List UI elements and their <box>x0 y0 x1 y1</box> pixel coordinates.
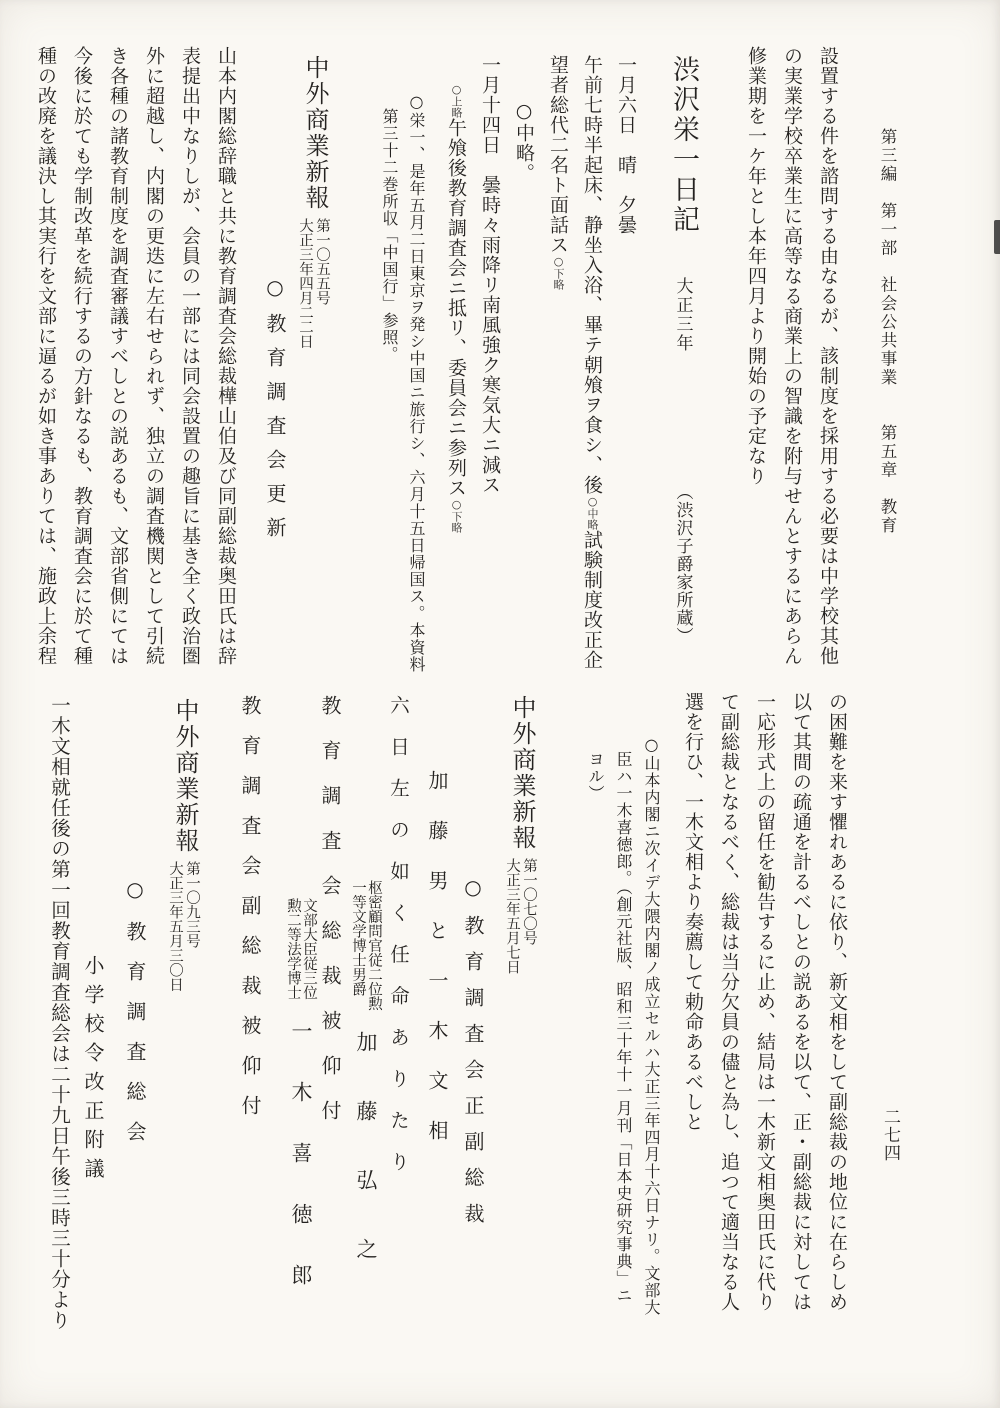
article-1-line-6: 種の改廃を議決し其実行を文部に逼るが如き事ありては、施政上余程 <box>28 46 64 666</box>
diary-note: ○栄一、是年五月二日東京ヲ発シ中国ニ旅行シ、六月十五日帰国ス。本資料 第三十二巻… <box>376 92 430 673</box>
article-1-note-line-3: ヨル） <box>581 735 609 1316</box>
appointment-1-name: 加藤弘之 <box>351 1031 381 1307</box>
article-1-line-11: 選を行ひ、一木文相より奏薦して勅命あるべしと <box>675 692 711 1312</box>
article-1-headline: ○教育調査会更新 <box>261 275 290 551</box>
article-1-body-top: 山本内閣総辞職と共に教育調査会総裁樺山伯及び同副総裁奥田氏は辞 表提出中なりしが… <box>28 46 244 666</box>
newspaper-3-issue-date: 第一〇九三号 大正三年五月三〇日 <box>166 861 200 992</box>
newspaper-1-issue: 第一〇五五号 <box>313 218 330 349</box>
chapter-heading: 第三編 第一部 社会公共事業 第五章 教育 <box>869 128 905 535</box>
diary-heading: 渋沢栄一日記 大正三年 （渋沢子爵家所蔵） <box>666 55 700 645</box>
appointment-2: 文部大臣従三位 勲二等法学博士 一木喜徳郎 <box>285 898 317 1325</box>
diary-date-1: 一月六日 晴 夕曇 <box>609 55 643 670</box>
article-1-line-4: き各種の諸教育制度を調査審議すべしとの説あるも、文部省側にては <box>100 46 136 666</box>
article-1-note: ○山本内閣ニ次イデ大隈内閣ノ成立セルハ大正三年四月十六日ナリ。文部大 臣ハ一木喜… <box>581 735 665 1316</box>
newspaper-3-issue: 第一〇九三号 <box>183 861 200 992</box>
appointment-2-post: 教育調査会副総裁被仰付 <box>236 695 265 1135</box>
newspaper-1-title: 中外商業新報 <box>300 55 330 211</box>
appointment-2-title-line-1: 文部大臣従三位 <box>301 898 317 1000</box>
article-1-note-line-1: ○山本内閣ニ次イデ大隈内閣ノ成立セルハ大正三年四月十六日ナリ。文部大 <box>637 735 665 1316</box>
appointment-2-title-line-2: 勲二等法学博士 <box>285 898 301 1000</box>
omission-mark: ○中略 <box>586 495 599 530</box>
appointment-2-name: 一木喜徳郎 <box>286 1020 316 1325</box>
article-1-line-8: 以て其間の疏通を計るべしとの説あるを以て、正・副総裁に対しては <box>783 692 819 1312</box>
newspaper-3-date: 大正三年五月三〇日 <box>166 861 183 992</box>
diary-entry-2-text: 午飧後教育調査会ニ抵リ、委員会ニ参列ス <box>445 118 467 498</box>
article-3-subheadline: 小学校令改正附議 <box>79 955 108 1187</box>
article-1-note-line-2: 臣ハ一木喜徳郎。（創元社版、昭和三十年十一月刊「日本史研究事典」ニ <box>609 735 637 1316</box>
article-2-subheadline: 加藤男と一木文相 <box>423 770 452 1170</box>
article-1-line-2: 表提出中なりしが、会員の一部には同会設置の趣旨に基き全く政治圏 <box>172 46 208 666</box>
appointment-1-title-line-2: 一等文学博士男爵 <box>350 880 366 1011</box>
article-2-headline: ○教育調査会正副総裁 <box>459 875 488 1239</box>
newspaper-3-heading: 中外商業新報 第一〇九三号 大正三年五月三〇日 <box>166 698 200 992</box>
intro-line-2: の実業学校卒業生に高等なる商業上の智識を附与せんとするにあらん <box>774 46 810 666</box>
article-1-line-5: 今後に於ても学制改革を続行するの方針なるも、教育調査会に於て種 <box>64 46 100 666</box>
newspaper-3-title: 中外商業新報 <box>170 698 200 854</box>
diary-note-line-2: 第三十二巻所収「中国行」参照。 <box>376 92 403 673</box>
scan-artifact <box>994 220 1000 254</box>
article-3-headline: ○教育調査総会 <box>121 877 150 1161</box>
article-1-line-9: 一応形式上の留任を勧告するに止め、結局は一木新文相奥田氏に代り <box>747 692 783 1312</box>
diary-entry-1-text-2: 試験制度改正企 <box>581 530 603 670</box>
diary-source: （渋沢子爵家所蔵） <box>671 483 696 645</box>
scanned-book-page: 第三編 第一部 社会公共事業 第五章 教育 二七四 設置する件を諮問する由なるが… <box>0 0 1000 1408</box>
appointment-1-title-line-1: 枢密顧問官従二位勲 <box>366 880 382 1011</box>
article-3-body-line: 一木文相就任後の第一回教育調査総会は二十九日午後三時三十分より <box>45 695 73 1331</box>
article-1-line-3: 外に超越し、内閣の更迭に左右せられず、独立の調査機関として引続 <box>136 46 172 666</box>
newspaper-1-issue-date: 第一〇五五号 大正三年四月二二日 <box>296 218 330 349</box>
newspaper-2-date: 大正三年五月七日 <box>503 858 520 974</box>
appointment-1-post: 教育調査会総裁被仰付 <box>316 695 345 1145</box>
newspaper-2-heading: 中外商業新報 第一〇七〇号 大正三年五月七日 <box>503 695 537 974</box>
diary-entry-1-cont-text: 望者総代二名ト面話ス <box>547 55 569 255</box>
diary-note-line-1: ○栄一、是年五月二日東京ヲ発シ中国ニ旅行シ、六月十五日帰国ス。本資料 <box>403 92 430 673</box>
newspaper-2-issue-date: 第一〇七〇号 大正三年五月七日 <box>503 858 537 974</box>
diary-date-2: 一月十四日 曇時々雨降リ南風強ク寒気大ニ減ス <box>473 55 507 670</box>
diary-body: 一月六日 晴 夕曇 午前七時半起床、静坐入浴、畢テ朝飧ヲ食シ、後○中略試験制度改… <box>439 55 643 670</box>
appointment-1: 枢密顧問官従二位勲 一等文学博士男爵 加藤弘之 <box>350 880 382 1307</box>
intro-line-3: 修業期を一ケ年とし本年四月より開始の予定なり <box>738 46 774 666</box>
article-1-line-7: の困難を来す懼れあるに依り、新文相をして副総裁の地位に在らしめ <box>819 692 855 1312</box>
article-1-line-10: て副総裁となるべく、総裁は当分欠員の儘と為し、追つて適当なる人 <box>711 692 747 1312</box>
diary-title: 渋沢栄一日記 <box>666 55 700 235</box>
article-1-body-bottom: の困難を来す懼れあるに依り、新文相をして副総裁の地位に在らしめ 以て其間の疏通を… <box>675 692 855 1312</box>
diary-entry-2: ○上略午飧後教育調査会ニ抵リ、委員会ニ参列ス○下略 <box>439 55 473 670</box>
page-number: 二七四 <box>878 1108 903 1162</box>
newspaper-1-heading: 中外商業新報 第一〇五五号 大正三年四月二二日 <box>296 55 330 349</box>
article-2-lead: 六日左の如く任命ありたり <box>384 695 412 1193</box>
diary-entry-1-text: 午前七時半起床、静坐入浴、畢テ朝飧ヲ食シ、後 <box>581 55 603 495</box>
newspaper-1-date: 大正三年四月二二日 <box>296 218 313 349</box>
appointment-2-title: 文部大臣従三位 勲二等法学博士 <box>285 898 317 1000</box>
running-head: 第三編 第一部 社会公共事業 第五章 教育 <box>869 128 905 535</box>
intro-paragraph: 設置する件を諮問する由なるが、該制度を採用する必要は中学校其他 の実業学校卒業生… <box>738 46 846 666</box>
omission-mark: ○上略 <box>450 83 463 118</box>
intro-line-1: 設置する件を諮問する由なるが、該制度を採用する必要は中学校其他 <box>810 46 846 666</box>
omission-mark: ○下略 <box>552 255 565 290</box>
article-1-line-1: 山本内閣総辞職と共に教育調査会総裁樺山伯及び同副総裁奥田氏は辞 <box>208 46 244 666</box>
appointment-1-title: 枢密顧問官従二位勲 一等文学博士男爵 <box>350 880 382 1011</box>
diary-era: 大正三年 <box>671 277 696 353</box>
diary-entry-1-cont: 望者総代二名ト面話ス○下略 <box>541 55 575 670</box>
newspaper-2-issue: 第一〇七〇号 <box>520 858 537 974</box>
diary-entry-1: 午前七時半起床、静坐入浴、畢テ朝飧ヲ食シ、後○中略試験制度改正企 <box>575 55 609 670</box>
omission-mark: ○下略 <box>450 498 463 533</box>
newspaper-2-title: 中外商業新報 <box>507 695 537 851</box>
diary-omission-line: ○中略。 <box>507 55 541 670</box>
